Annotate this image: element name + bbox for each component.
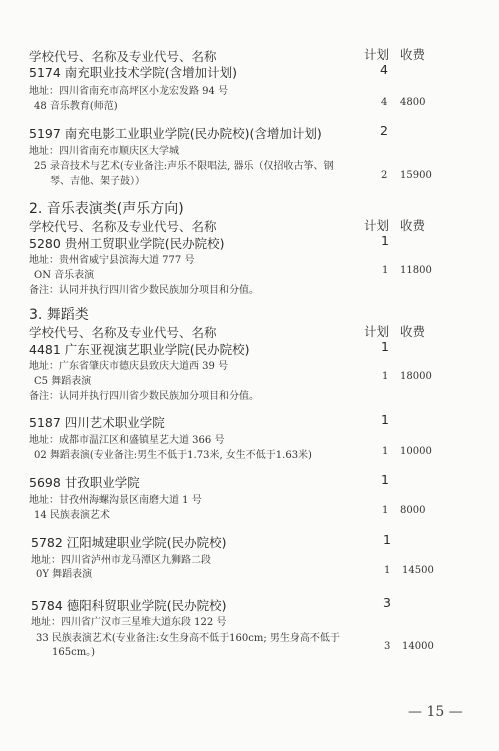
school-name: 5187 四川艺术职业学院	[29, 413, 165, 431]
major-name: C5 舞蹈表演	[34, 372, 91, 387]
column-header-school: 学校代号、名称及专业代号、名称	[29, 323, 217, 341]
school-plan: 3	[383, 595, 391, 610]
school-name: 5174 南充职业技术学院(含增加计划)	[29, 63, 237, 81]
section-title: 3. 舞蹈类	[29, 304, 89, 324]
school-address: 地址：贵州省威宁县滨海大道 777 号	[29, 251, 194, 266]
page-number: — 15 —	[408, 704, 463, 720]
major-plan: 1	[382, 505, 388, 516]
major-name: 02 舞蹈表演(专业备注:男生不低于1.73米, 女生不低于1.63米)	[34, 446, 312, 461]
school-address: 地址：甘孜州海螺沟景区南磨大道 1 号	[29, 491, 202, 506]
school-address: 地址：广东省肇庆市德庆县致庆大道西 39 号	[29, 357, 228, 372]
major-plan: 1	[382, 371, 388, 382]
major-fee: 4800	[400, 97, 425, 108]
school-address: 地址：四川省泸州市龙马潭区九狮路二段	[31, 551, 211, 566]
school-name: 5784 德阳科贸职业学院(民办院校)	[31, 596, 227, 614]
school-plan: 1	[383, 532, 391, 547]
school-note: 备注：认同并执行四川省少数民族加分项目和分值。	[29, 387, 259, 402]
major-name: 25 录音技术与艺术(专业备注:声乐不限唱法, 器乐（仅招收古筝、钢	[34, 157, 334, 172]
school-address: 地址：四川省南充市高坪区小龙宏发路 94 号	[29, 82, 228, 97]
major-fee: 14500	[402, 565, 434, 576]
major-name: 0Y 舞蹈表演	[36, 565, 92, 580]
major-plan: 1	[382, 446, 388, 457]
major-plan: 2	[381, 170, 387, 181]
major-fee: 11800	[400, 265, 432, 276]
school-note: 备注：认同并执行四川省少数民族加分项目和分值。	[29, 281, 259, 296]
major-name-cont: 165cm。)	[52, 643, 95, 658]
school-plan: 1	[381, 339, 389, 354]
major-name-cont: 琴、吉他、架子鼓））	[50, 172, 145, 187]
major-name: ON 音乐表演	[34, 266, 94, 281]
column-header-fee: 收费	[400, 322, 425, 340]
school-plan: 1	[381, 412, 389, 427]
school-name: 5280 贵州工贸职业学院(民办院校)	[29, 234, 225, 252]
school-plan: 4	[380, 62, 388, 77]
column-header-plan: 计划	[364, 216, 389, 234]
school-address: 地址：四川省南充市顺庆区大学城	[29, 142, 179, 157]
section-title: 2. 音乐表演类(声乐方向)	[29, 198, 184, 218]
major-fee: 18000	[400, 371, 432, 382]
major-name: 33 民族表演艺术(专业备注:女生身高不低于160cm; 男生身高不低于	[36, 629, 340, 644]
major-fee: 15900	[400, 170, 432, 181]
column-header-plan: 计划	[364, 45, 389, 63]
major-fee: 10000	[400, 446, 432, 457]
school-plan: 1	[381, 472, 389, 487]
school-name: 5698 甘孜职业学院	[29, 473, 140, 491]
school-name: 4481 广东亚视演艺职业学院(民办院校)	[29, 340, 250, 358]
school-name: 5782 江阳城建职业学院(民办院校)	[31, 533, 227, 551]
column-header-fee: 收费	[400, 216, 425, 234]
column-header-fee: 收费	[400, 45, 425, 63]
major-fee: 14000	[402, 641, 434, 652]
school-plan: 2	[380, 123, 388, 138]
major-name: 48 音乐教育(师范)	[34, 97, 118, 112]
school-address: 地址：成都市温江区和盛镇星艺大道 366 号	[29, 431, 224, 446]
column-header-school: 学校代号、名称及专业代号、名称	[29, 217, 217, 235]
major-name: 14 民族表演艺术	[34, 506, 110, 521]
column-header-plan: 计划	[364, 322, 389, 340]
major-fee: 8000	[400, 505, 425, 516]
major-plan: 3	[384, 641, 390, 652]
school-address: 地址：四川省广汉市三星堆大道东段 122 号	[31, 613, 226, 628]
school-plan: 1	[381, 233, 389, 248]
school-name: 5197 南充电影工业职业学院(民办院校)(含增加计划)	[29, 124, 322, 142]
major-plan: 1	[382, 265, 388, 276]
major-plan: 1	[384, 565, 390, 576]
major-plan: 4	[381, 97, 387, 108]
